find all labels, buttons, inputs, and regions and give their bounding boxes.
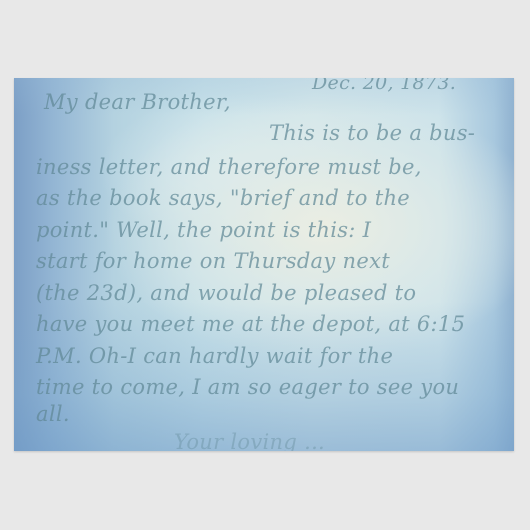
letter-line: have you meet me at the depot, at 6:15 [36,312,465,336]
letter-line: as the book says, "brief and to the [36,186,410,210]
letter-closing: Your loving ... [174,430,325,451]
letter-line: start for home on Thursday next [36,249,390,273]
letter-line: iness letter, and therefore must be, [36,155,422,179]
letter-date: Dec. 20, 1873. [312,78,456,94]
letter-line: all. [36,402,70,426]
letter-line: This is to be a bus- [269,121,475,145]
letter-line: P.M. Oh-I can hardly wait for the [36,344,393,368]
letter-paper: Dec. 20, 1873. My dear Brother, This is … [14,78,514,451]
letter-line: (the 23d), and would be pleased to [36,281,416,305]
letter-salutation: My dear Brother, [44,90,231,114]
letter-line: time to come, I am so eager to see you [36,375,459,399]
letter-line: point." Well, the point is this: I [36,218,371,242]
